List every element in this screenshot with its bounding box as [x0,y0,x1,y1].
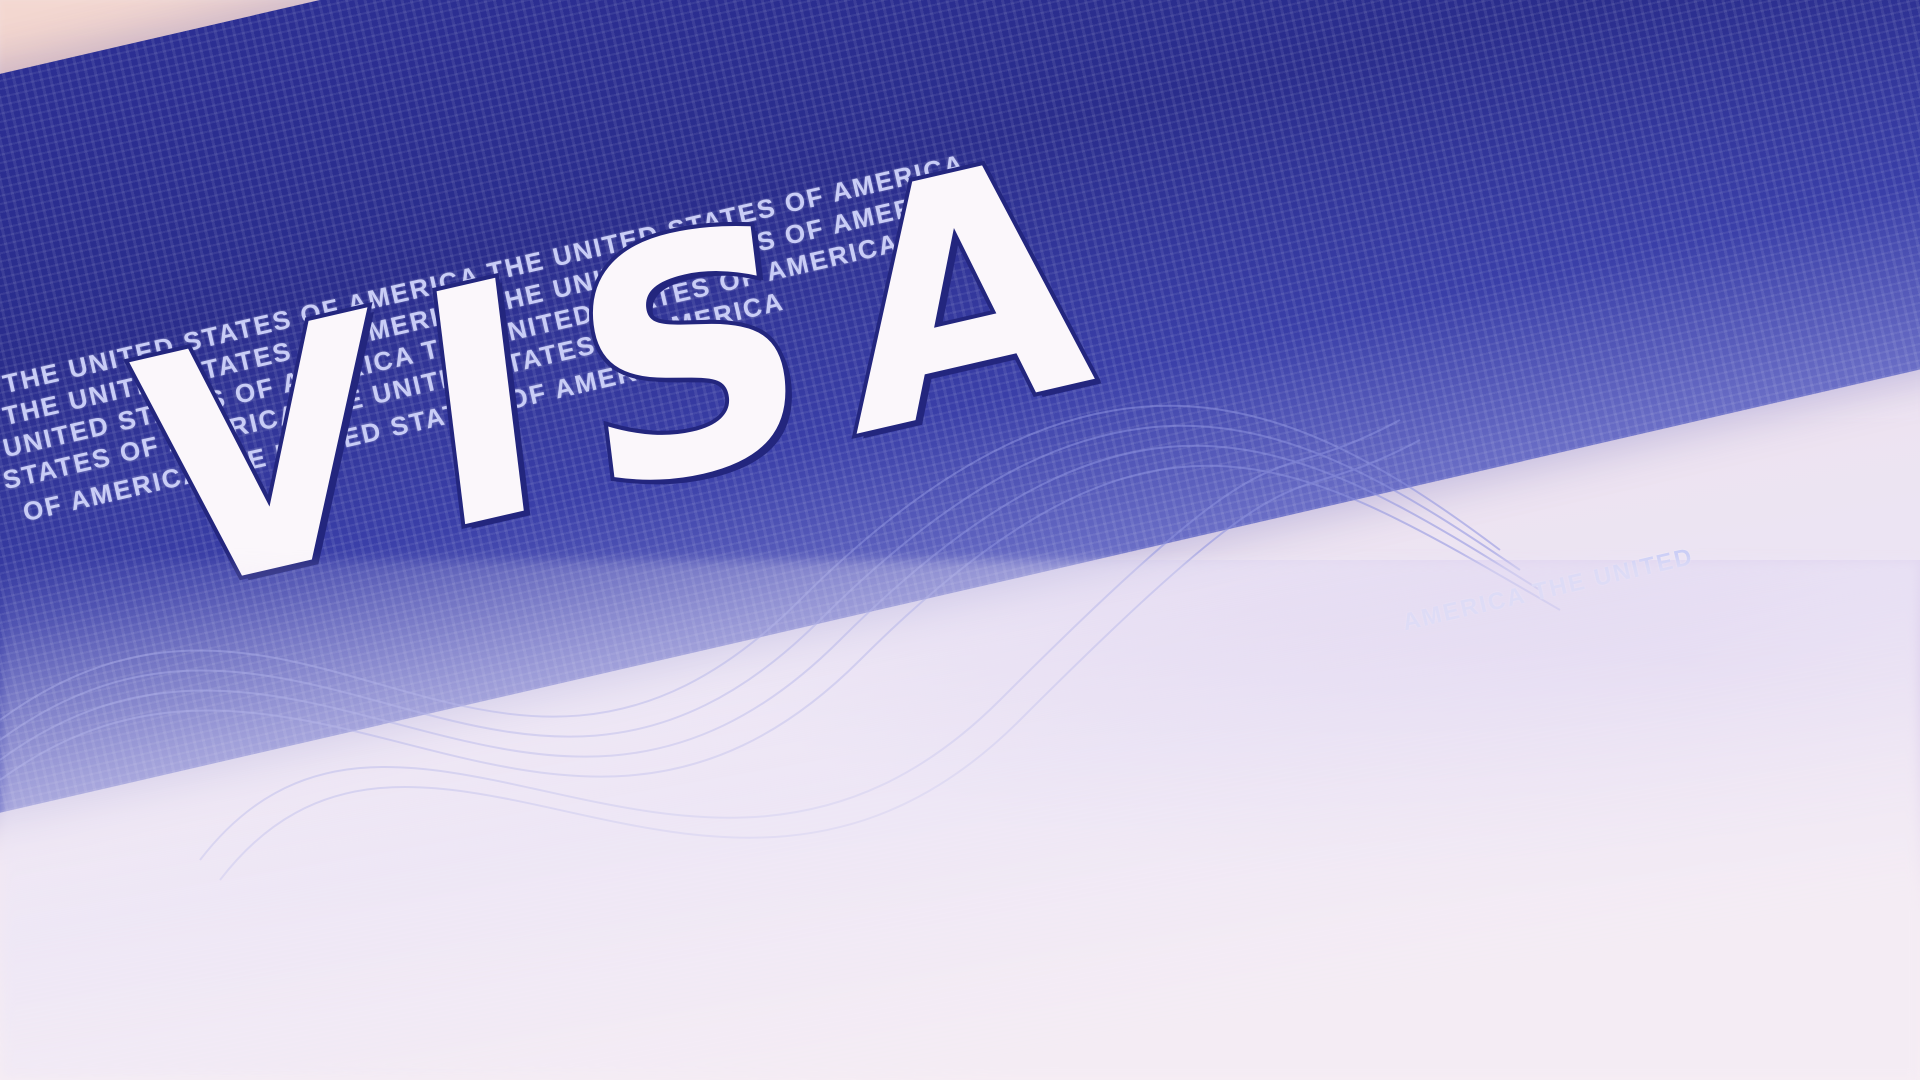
visa-photo: THE UNITED STATES OF AMERICA THE UNITED … [0,0,1920,1080]
depth-of-field-blur [0,560,1920,1080]
